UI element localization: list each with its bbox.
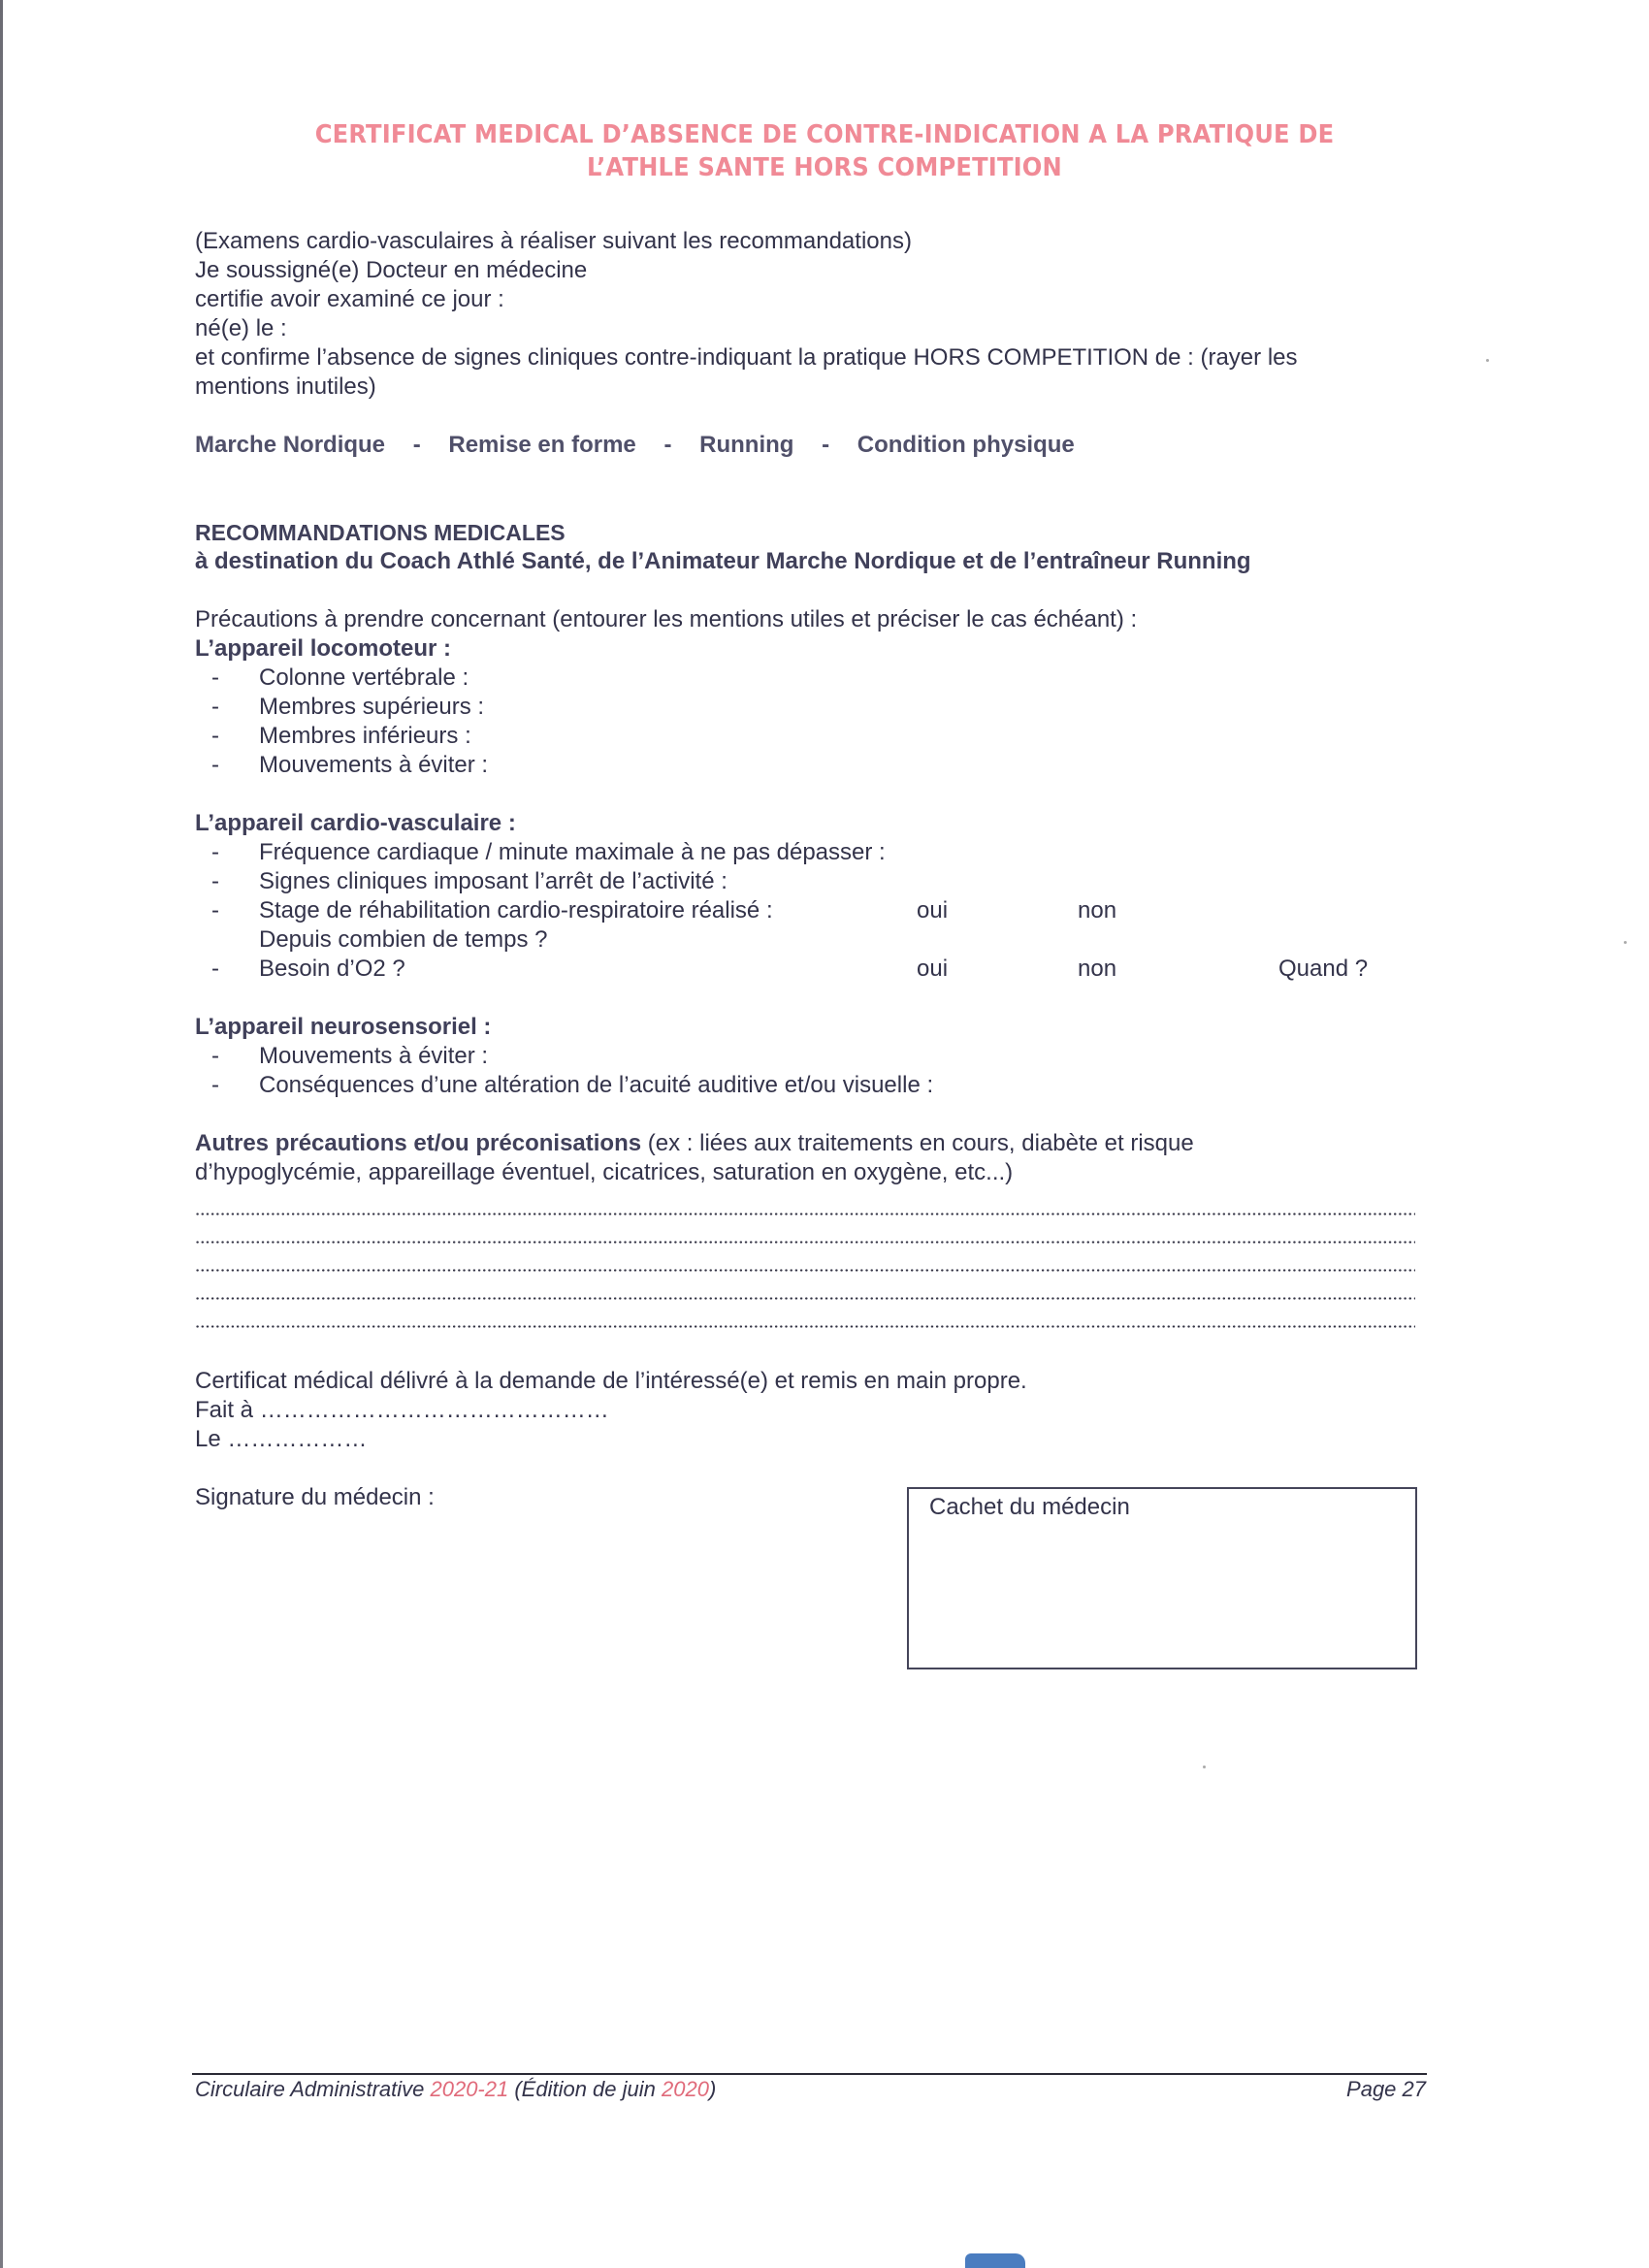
footer-circulaire: Circulaire Administrative 2020-21 (Éditi… <box>195 2075 716 2104</box>
neuro-item: Mouvements à éviter : <box>259 1042 488 1071</box>
locomoteur-heading: L’appareil locomoteur : <box>195 634 451 664</box>
locomoteur-item: Colonne vertébrale : <box>259 664 469 693</box>
bullet-dash: - <box>211 955 219 984</box>
cardio-item: Fréquence cardiaque / minute maximale à … <box>259 838 886 867</box>
bullet-dash: - <box>211 896 219 925</box>
o2-quand-label: Quand ? <box>1278 955 1368 984</box>
footer-edition-prefix: (Édition de juin <box>508 2077 662 2101</box>
bullet-dash: - <box>211 867 219 896</box>
locomoteur-item: Membres supérieurs : <box>259 693 484 722</box>
rehab-non-option[interactable]: non <box>1078 896 1116 925</box>
activity-condition-physique[interactable]: Condition physique <box>857 432 1075 458</box>
scan-border <box>0 0 3 2268</box>
intro-ne-le: né(e) le : <box>195 314 287 343</box>
cardio-item: Signes cliniques imposant l’arrêt de l’a… <box>259 867 727 896</box>
cardio-item: Besoin d’O2 ? <box>259 955 405 984</box>
locomoteur-item: Mouvements à éviter : <box>259 751 488 780</box>
dotted-write-line[interactable] <box>195 1213 1415 1215</box>
footer-edition-year: 2020 <box>662 2077 709 2101</box>
footer-season: 2020-21 <box>430 2077 508 2101</box>
neuro-heading: L’appareil neurosensoriel : <box>195 1013 491 1042</box>
dotted-write-line[interactable] <box>195 1269 1415 1272</box>
closing-delivre: Certificat médical délivré à la demande … <box>195 1367 1027 1396</box>
intro-soussigne: Je soussigné(e) Docteur en médecine <box>195 256 587 285</box>
closing-le-field[interactable]: Le ……………… <box>195 1425 367 1454</box>
dotted-write-line[interactable] <box>195 1325 1415 1328</box>
o2-oui-option[interactable]: oui <box>917 955 948 984</box>
activities-list: Marche Nordique - Remise en forme - Runn… <box>195 431 1075 460</box>
intro-certifie: certifie avoir examiné ce jour : <box>195 285 504 314</box>
precautions-intro: Précautions à prendre concernant (entour… <box>195 605 1137 634</box>
scan-speck <box>1203 1766 1206 1768</box>
dotted-write-line[interactable] <box>195 1297 1415 1300</box>
title-line-2: L’ATHLE SANTE HORS COMPETITION <box>58 151 1592 184</box>
bullet-dash: - <box>211 1071 219 1100</box>
scan-artifact <box>965 2253 1025 2268</box>
o2-non-option[interactable]: non <box>1078 955 1116 984</box>
footer-edition-suffix: ) <box>709 2077 716 2101</box>
title-line-1: CERTIFICAT MEDICAL D’ABSENCE DE CONTRE-I… <box>58 118 1592 151</box>
closing-fait-a-field[interactable]: Fait à ……………………………………… <box>195 1396 609 1425</box>
bullet-dash: - <box>211 1042 219 1071</box>
bullet-dash: - <box>211 722 219 751</box>
intro-confirme-2: mentions inutiles) <box>195 373 376 402</box>
activity-separator: - <box>642 431 693 460</box>
footer-prefix: Circulaire Administrative <box>195 2077 430 2101</box>
intro-confirme-1: et confirme l’absence de signes clinique… <box>195 343 1298 373</box>
bullet-dash: - <box>211 751 219 780</box>
locomoteur-item: Membres inférieurs : <box>259 722 471 751</box>
cardio-depuis: Depuis combien de temps ? <box>259 925 548 955</box>
rehab-oui-option[interactable]: oui <box>917 896 948 925</box>
activity-separator: - <box>392 431 442 460</box>
autres-heading: Autres précautions et/ou préconisations <box>195 1130 641 1156</box>
page-number: Page 27 <box>1339 2075 1426 2104</box>
autres-text-1: (ex : liées aux traitements en cours, di… <box>641 1130 1194 1156</box>
scan-speck <box>1624 941 1627 944</box>
activity-remise-en-forme[interactable]: Remise en forme <box>448 432 635 458</box>
activity-marche-nordique[interactable]: Marche Nordique <box>195 432 385 458</box>
document-title: CERTIFICAT MEDICAL D’ABSENCE DE CONTRE-I… <box>58 118 1592 184</box>
intro-exams: (Examens cardio-vasculaires à réaliser s… <box>195 227 912 256</box>
bullet-dash: - <box>211 664 219 693</box>
cardio-item: Stage de réhabilitation cardio-respirato… <box>259 896 773 925</box>
recommendations-subheading: à destination du Coach Athlé Santé, de l… <box>195 547 1251 576</box>
activity-running[interactable]: Running <box>699 432 793 458</box>
bullet-dash: - <box>211 838 219 867</box>
neuro-item: Conséquences d’une altération de l’acuit… <box>259 1071 933 1100</box>
autres-paragraph: Autres précautions et/ou préconisations … <box>195 1129 1194 1158</box>
dotted-write-line[interactable] <box>195 1241 1415 1244</box>
cachet-box[interactable]: Cachet du médecin <box>907 1487 1417 1669</box>
autres-text-2: d’hypoglycémie, appareillage éventuel, c… <box>195 1158 1013 1187</box>
scan-speck <box>1486 359 1489 362</box>
bullet-dash: - <box>211 693 219 722</box>
cardio-heading: L’appareil cardio-vasculaire : <box>195 809 516 838</box>
signature-label: Signature du médecin : <box>195 1483 435 1512</box>
activity-separator: - <box>800 431 851 460</box>
cachet-label: Cachet du médecin <box>929 1493 1130 1522</box>
recommendations-heading: RECOMMANDATIONS MEDICALES <box>195 518 566 547</box>
